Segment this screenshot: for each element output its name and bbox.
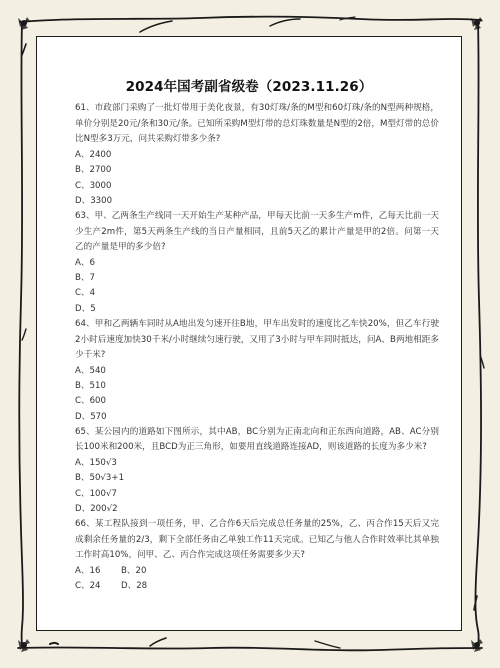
- option-a: A、16: [75, 564, 121, 579]
- option-a: A、540: [75, 364, 439, 379]
- option-a: A、150√3: [75, 456, 439, 471]
- option-d: D、200√2: [75, 502, 439, 517]
- question-63: 63、甲、乙两条生产线同一天开始生产某种产品，甲每天比前一天多生产m件，乙每天比…: [75, 209, 439, 317]
- option-b: B、2700: [75, 163, 439, 178]
- option-d: D、3300: [75, 194, 439, 209]
- page-title: 2024年国考副省级卷（2023.11.26）: [37, 75, 461, 95]
- option-a: A、2400: [75, 148, 439, 163]
- option-c: C、24: [75, 579, 121, 594]
- question-64: 64、甲和乙两辆车同时从A地出发匀速开往B地，甲车出发时的速度比乙车快20%，但…: [75, 317, 439, 425]
- option-b: B、50√3+1: [75, 471, 439, 486]
- question-text: 63、甲、乙两条生产线同一天开始生产某种产品，甲每天比前一天多生产m件，乙每天比…: [75, 209, 439, 256]
- question-text: 64、甲和乙两辆车同时从A地出发匀速开往B地，甲车出发时的速度比乙车快20%，但…: [75, 317, 439, 364]
- option-d: D、28: [121, 579, 167, 594]
- question-66: 66、某工程队接到一项任务，甲、乙合作6天后完成总任务量的25%，乙、丙合作15…: [75, 517, 439, 595]
- document-panel: 2024年国考副省级卷（2023.11.26） 61、市政部门采购了一批灯带用于…: [36, 36, 462, 631]
- option-c: C、3000: [75, 179, 439, 194]
- question-text: 65、某公园内的道路如下图所示，其中AB，BC分别为正南北向和正东西向道路，AB…: [75, 425, 439, 456]
- option-d: D、5: [75, 302, 439, 317]
- option-b: B、20: [121, 564, 167, 579]
- option-a: A、6: [75, 256, 439, 271]
- option-c: C、100√7: [75, 487, 439, 502]
- option-b: B、7: [75, 271, 439, 286]
- option-c: C、4: [75, 286, 439, 301]
- question-61: 61、市政部门采购了一批灯带用于美化夜景，有30灯珠/条的M型和60灯珠/条的N…: [75, 101, 439, 209]
- option-row-2: C、24 D、28: [75, 579, 439, 594]
- question-text: 66、某工程队接到一项任务，甲、乙合作6天后完成总任务量的25%，乙、丙合作15…: [75, 517, 439, 564]
- option-d: D、570: [75, 410, 439, 425]
- option-b: B、510: [75, 379, 439, 394]
- question-text: 61、市政部门采购了一批灯带用于美化夜景，有30灯珠/条的M型和60灯珠/条的N…: [75, 101, 439, 148]
- option-c: C、600: [75, 394, 439, 409]
- question-list: 61、市政部门采购了一批灯带用于美化夜景，有30灯珠/条的M型和60灯珠/条的N…: [75, 101, 439, 595]
- question-65: 65、某公园内的道路如下图所示，其中AB，BC分别为正南北向和正东西向道路，AB…: [75, 425, 439, 517]
- option-row-1: A、16 B、20: [75, 564, 439, 579]
